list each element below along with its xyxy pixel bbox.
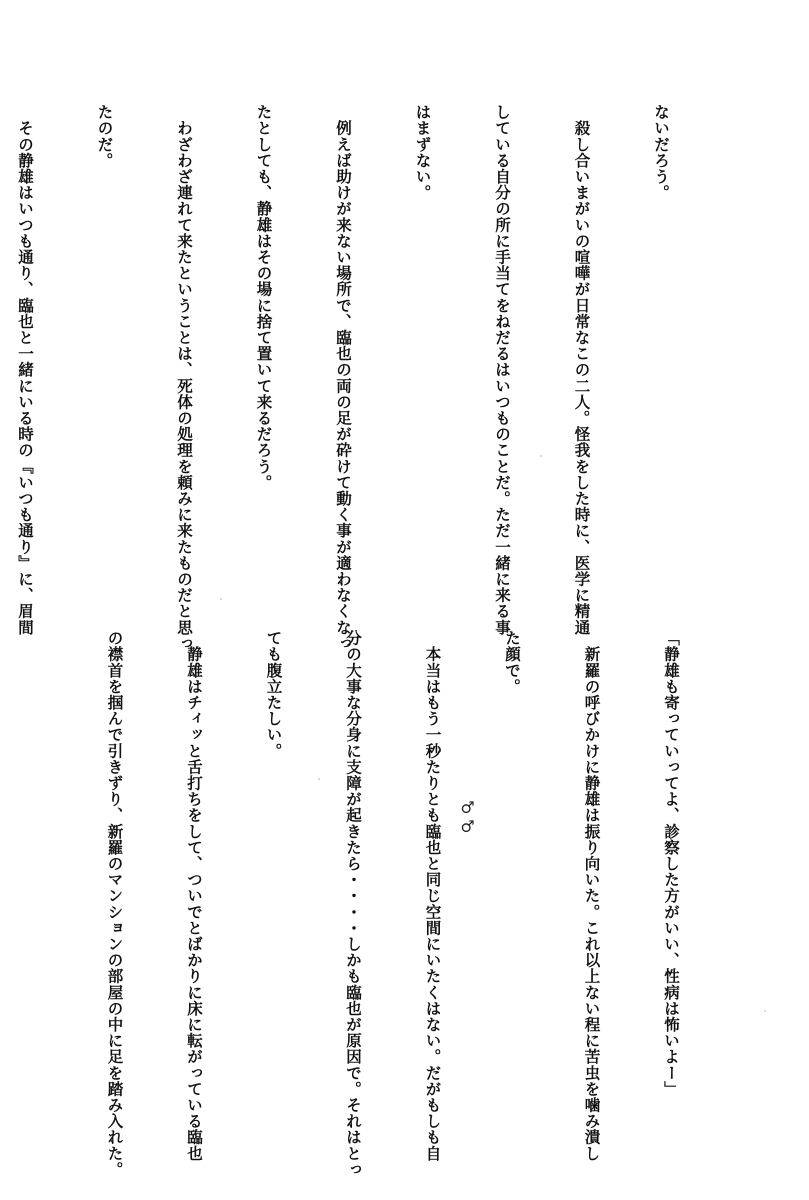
text-line: 例えば助けが来ない場所で、臨也の両の足が砕けて動く事が適わなくなっ <box>330 104 357 584</box>
text-line: たとしても、静雄はその場に捨て置いて来るだろう。 <box>250 104 277 584</box>
scan-speck <box>318 778 320 780</box>
scan-speck <box>764 1010 766 1012</box>
scanned-novel-page: ないだろう。 殺し合いまがいの喧嘩が日常なこの二人。怪我をした時に、医学に精通 … <box>0 0 809 1200</box>
text-line: たのだ。 <box>91 104 118 584</box>
scan-speck <box>220 598 222 600</box>
text-line: ないだろう。 <box>648 104 675 584</box>
double-male-symbol-icon: ♂♂ <box>460 798 474 836</box>
text-line: 静雄はチィッと舌打ちをして、ついでとばかりに床に転がっている臨也 <box>181 630 208 1120</box>
text-line: している自分の所に手当てをねだるはいつものことだ。ただ一緒に来る事 <box>489 104 516 584</box>
text-line: た顔で。 <box>499 630 526 1120</box>
text-line: 本当はもう一秒たりとも臨也と同じ空間にいたくはない。だがもしも自 <box>419 630 446 1120</box>
text-line: その静雄はいつも通り、臨也と一緒にいる時の『いつも通り』に、眉間 <box>12 104 39 584</box>
text-block-bottom: 「静雄も寄っていってよ、診察した方がいい、性病は怖いよー」 新羅の呼びかけに静雄… <box>0 630 737 1120</box>
text-line: わざわざ連れて来たということは、死体の処理を頼みに来たものだと思っ <box>171 104 198 584</box>
text-line: 新羅の呼びかけに静雄は振り向いた。これ以上ない程に苦虫を噛み潰し <box>578 630 605 1120</box>
text-line: 殺し合いまがいの喧嘩が日常なこの二人。怪我をした時に、医学に精通 <box>568 104 595 584</box>
text-line: ても腹立たしい。 <box>260 630 287 1120</box>
text-line: の襟首を掴んで引きずり、新羅のマンションの部屋の中に足を踏み入れた。 <box>101 630 128 1120</box>
text-line: はまずない。 <box>409 104 436 584</box>
dialogue-line: 「静雄も寄っていってよ、診察した方がいい、性病は怖いよー」 <box>658 630 685 1120</box>
scan-speck <box>540 455 542 457</box>
text-block-top: ないだろう。 殺し合いまがいの喧嘩が日常なこの二人。怪我をした時に、医学に精通 … <box>0 104 727 584</box>
text-line: 分の大事な分身に支障が起きたら・・・・しかも臨也が原因で。それはとっ <box>340 630 367 1120</box>
